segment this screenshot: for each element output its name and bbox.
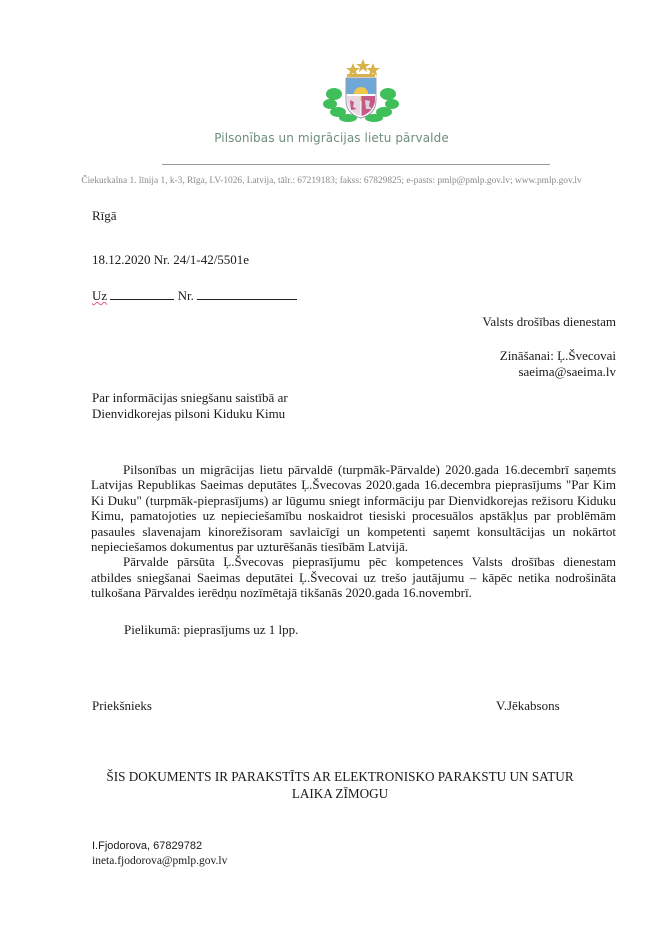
reference-line: Uz Nr.: [92, 287, 297, 304]
recipient-name: Valsts drošības dienestam: [300, 314, 616, 330]
nr-blank: [197, 287, 297, 300]
organization-name: Pilsonības un migrācijas lietu pārvalde: [0, 131, 663, 145]
latvia-coat-of-arms-icon: [322, 56, 400, 122]
organization-address: Čiekurkalna 1. līnija 1, k-3, Rīga, LV-1…: [0, 176, 663, 186]
body-paragraph-1: Pilsonības un migrācijas lietu pārvaldē …: [91, 462, 616, 554]
nr-label: Nr.: [178, 288, 194, 303]
recipient-email: saeima@saeima.lv: [300, 364, 616, 380]
contact-email: ineta.fjodorova@pmlp.gov.lv: [92, 853, 227, 869]
place: Rīgā: [92, 208, 117, 224]
attachment-note: Pielikumā: pieprasījums uz 1 lpp.: [124, 622, 298, 638]
signatory-name: V.Jēkabsons: [496, 698, 560, 714]
recipient-info: Zināšanai: Ļ.Švecovai: [300, 348, 616, 364]
uz-blank: [110, 287, 174, 300]
date-reference: 18.12.2020 Nr. 24/1-42/5501e: [92, 252, 249, 268]
uz-label: Uz: [92, 288, 107, 303]
body-paragraph-2: Pārvalde pārsūta Ļ.Švecovas pieprasījumu…: [91, 554, 616, 600]
e-signature-notice-line-1: ŠIS DOKUMENTS IR PARAKSTĪTS AR ELEKTRONI…: [60, 768, 620, 785]
header-divider: [162, 164, 550, 165]
signatory-title: Priekšnieks: [92, 698, 152, 714]
subject-line-2: Dienvidkorejas pilsoni Kiduku Kimu: [92, 406, 285, 422]
letter-body: Pilsonības un migrācijas lietu pārvaldē …: [91, 462, 616, 601]
subject-line-1: Par informācijas sniegšanu saistībā ar: [92, 390, 288, 406]
e-signature-notice-line-2: LAIKA ZĪMOGU: [60, 785, 620, 802]
contact-name-phone: I.Fjodorova, 67829782: [92, 838, 202, 854]
